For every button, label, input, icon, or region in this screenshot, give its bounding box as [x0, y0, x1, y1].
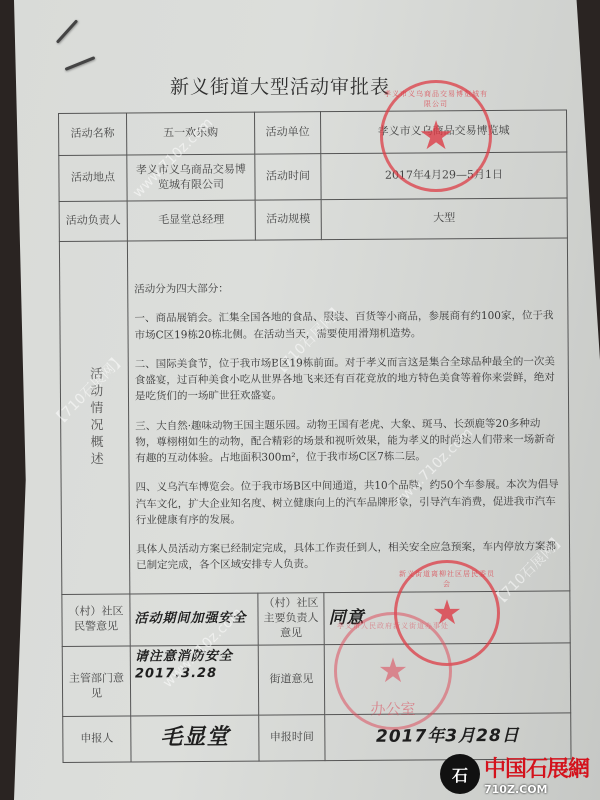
- applicant-label: 申报人: [63, 716, 131, 762]
- description-label-cell: 活动情况概述: [59, 241, 129, 594]
- logo-mark-icon: 石: [440, 754, 480, 794]
- location-value: 孝义市义乌商品交易博览城有限公司: [127, 154, 255, 201]
- description-content: 活动分为四大部分： 一、商品展销会。汇集全国各地的食品、服装、百货等小商品，参展…: [127, 238, 569, 594]
- description-paragraph: 四、义乌汽车博览会。位于我市场B区中间通道，共10个品牌，约50个车参展。本次为…: [136, 477, 561, 529]
- scale-value: 大型: [321, 198, 567, 240]
- organizer-value: 孝义市义乌商品交易博览城: [320, 110, 566, 154]
- date-label: 申报时间: [259, 714, 325, 760]
- dept-opinion-label: 主管部门意见: [62, 646, 130, 716]
- scale-label: 活动规模: [255, 200, 321, 240]
- description-label: 活动情况概述: [85, 367, 103, 469]
- activity-name-value: 五一欢乐购: [127, 112, 255, 155]
- document-title: 新义街道大型活动审批表: [170, 72, 490, 99]
- description-paragraph: 一、商品展销会。汇集全国各地的食品、服装、百货等小商品，参展商有约100家，位于…: [134, 308, 559, 343]
- logo-chinese-text: 中国石展網: [484, 752, 589, 783]
- approval-form-table: 活动名称 五一欢乐购 活动单位 孝义市义乌商品交易博览城 活动地点 孝义市义乌商…: [58, 109, 572, 762]
- community-head-opinion-value: 同意: [324, 591, 570, 645]
- description-paragraph: 具体人员活动方案已经制定完成，具体工作责任到人，相关安全应急预案，车内停放方案都…: [136, 539, 561, 574]
- police-opinion-value: 活动期间加强安全: [130, 593, 258, 646]
- description-paragraph: 活动分为四大部分：: [134, 279, 559, 298]
- organizer-label: 活动单位: [254, 112, 320, 154]
- applicant-value: 毛显堂: [131, 715, 259, 762]
- person-in-charge-label: 活动负责人: [59, 201, 127, 241]
- applicant-signature: 毛显堂: [160, 725, 229, 750]
- street-opinion-value: [324, 643, 570, 715]
- time-label: 活动时间: [255, 154, 321, 200]
- dept-opinion-handwriting: 请注意消防安全 2017.3.28: [135, 649, 233, 682]
- logo-english-text: 710Z.COM: [484, 783, 589, 796]
- community-head-opinion-label: （村）社区主要负责人意见: [258, 592, 324, 644]
- time-value: 2017年4月29—5月1日: [321, 152, 567, 200]
- description-paragraph: 三、大自然·趣味动物王国主题乐园。动物王国有老虎、大象、斑马、长颈鹿等20多种动…: [135, 415, 560, 467]
- activity-name-label: 活动名称: [59, 113, 127, 155]
- street-opinion-label: 街道意见: [258, 644, 324, 714]
- site-logo: 石 中国石展網 710Z.COM: [440, 748, 600, 800]
- police-opinion-handwriting: 活动期间加强安全: [134, 611, 246, 627]
- description-paragraph: 二、国际美食节，位于我市场B区19栋前面。对于孝义而言这是集合全球品种最全的一次…: [135, 353, 560, 405]
- dept-opinion-value: 请注意消防安全 2017.3.28: [130, 645, 258, 716]
- location-label: 活动地点: [59, 155, 127, 201]
- police-opinion-label: （村）社区民警意见: [62, 594, 130, 646]
- person-in-charge-value: 毛显堂总经理: [127, 200, 255, 241]
- date-handwriting: 2017年3月28日: [376, 726, 520, 747]
- community-head-signature: 同意: [328, 608, 364, 628]
